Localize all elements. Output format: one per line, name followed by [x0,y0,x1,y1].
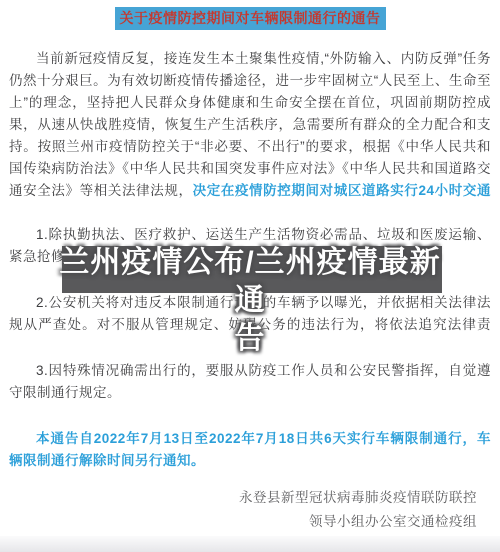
notice-document: 关于疫情防控期间对车辆限制通行的通告 当前新冠疫情反复，接连发生本土聚集性疫情,… [0,0,500,552]
signature-line-1: 永登县新型冠状病毒肺炎疫情联防联控 [9,486,477,510]
notice-item-3: 3.因特殊情况确需出行的，要服从防疫工作人员和公安民警指挥，自觉遵守限制通行规定… [9,360,491,404]
signature-line-2: 领导小组办公室交通检疫组 [9,510,477,534]
intro-text-part1: 当前新冠疫情反复，接连发生本土聚集性疫情,“外防输入、内防反弹”任务仍然十分艰巨… [9,51,491,198]
overlay-caption-line-1: 兰州疫情公布/兰州疫情最新通 [56,244,444,320]
notice-title: 关于疫情防控期间对车辆限制通行的通告 [115,7,386,30]
title-row: 关于疫情防控期间对车辆限制通行的通告 [9,7,491,30]
overlay-caption-line-2: 告 [56,320,444,358]
photo-bottom-edge [0,536,500,552]
signature-block: 永登县新型冠状病毒肺炎疫情联防联控 领导小组办公室交通检疫组 [9,486,491,534]
overlay-caption: 兰州疫情公布/兰州疫情最新通 告 [56,244,444,358]
duration-paragraph: 本通告自2022年7月13日至2022年7月18日共6天实行车辆限制通行，车辆限… [9,428,491,472]
intro-paragraph: 当前新冠疫情反复，接连发生本土聚集性疫情,“外防输入、内防反弹”任务仍然十分艰巨… [9,48,491,202]
